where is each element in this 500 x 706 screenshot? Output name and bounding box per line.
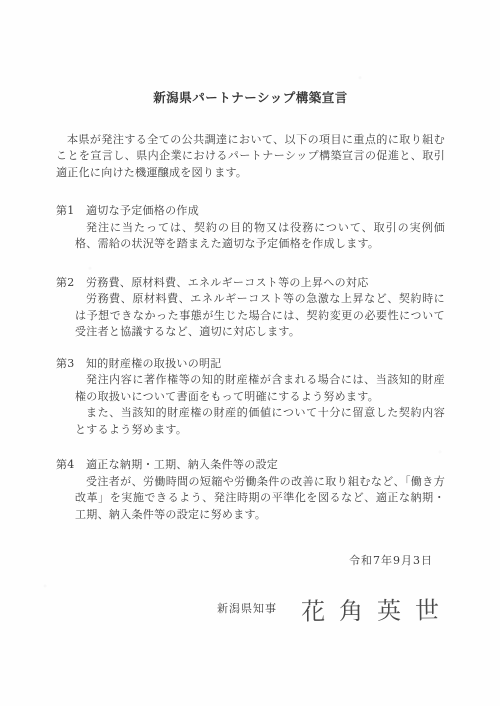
section-3-title: 知的財産権の取扱いの明記 [86,357,222,370]
section-4-number: 第4 [56,457,86,474]
section-2-paragraph: 労務費、原材料費、エネルギーコスト等の急激な上昇など、契約時には予想できなかった… [75,291,445,341]
section-1-number: 第1 [56,203,86,220]
declaration-document-page: 新潟県パートナーシップ構築宣言 本県が発注する全ての公共調達において、以下の項目… [0,0,500,706]
intro-paragraph: 本県が発注する全ての公共調達において、以下の項目に重点的に取り組むことを宣言し、… [56,132,445,182]
signer-handwritten-signature: 花角英世 [301,595,453,627]
section-4: 第4適正な納期・工期、納入条件等の設定 受注者が、労働時間の短縮や労働条件の改善… [56,457,445,523]
section-1-paragraph: 発注に当たっては、契約の目的物又は役務について、取引の実例価格、需給の状況等を踏… [75,220,445,253]
section-2-title: 労務費、原材料費、エネルギーコスト等の上昇への対応 [86,276,369,289]
section-2: 第2労務費、原材料費、エネルギーコスト等の上昇への対応 労務費、原材料費、エネル… [56,275,445,341]
section-2-heading-line: 第2労務費、原材料費、エネルギーコスト等の上昇への対応 [56,275,445,292]
section-1-title: 適切な予定価格の作成 [86,204,199,217]
section-2-number: 第2 [56,275,86,292]
section-3-paragraph-2: また、当該知的財産権の財産的価値について十分に留意した契約内容とするよう努めます… [75,405,445,438]
section-3-number: 第3 [56,356,86,373]
signature-block: 新潟県知事 花角英世 [56,596,445,626]
signer-title: 新潟県知事 [217,601,277,620]
section-3: 第3知的財産権の取扱いの明記 発注内容に著作権等の知的財産権が含まれる場合には、… [56,356,445,439]
document-title: 新潟県パートナーシップ構築宣言 [56,90,445,107]
section-4-paragraph: 受注者が、労働時間の短縮や労働条件の改善に取り組むなど、「働き方改革」を実施でき… [75,474,445,524]
section-4-heading-line: 第4適正な納期・工期、納入条件等の設定 [56,457,445,474]
section-3-heading-line: 第3知的財産権の取扱いの明記 [56,356,445,373]
document-date: 令和7年9月3日 [56,553,445,570]
section-3-paragraph-1: 発注内容に著作権等の知的財産権が含まれる場合には、当該知的財産権の取扱いについて… [75,372,445,405]
section-1: 第1適切な予定価格の作成 発注に当たっては、契約の目的物又は役務について、取引の… [56,203,445,253]
section-1-heading-line: 第1適切な予定価格の作成 [56,203,445,220]
section-4-title: 適正な納期・工期、納入条件等の設定 [86,458,278,471]
